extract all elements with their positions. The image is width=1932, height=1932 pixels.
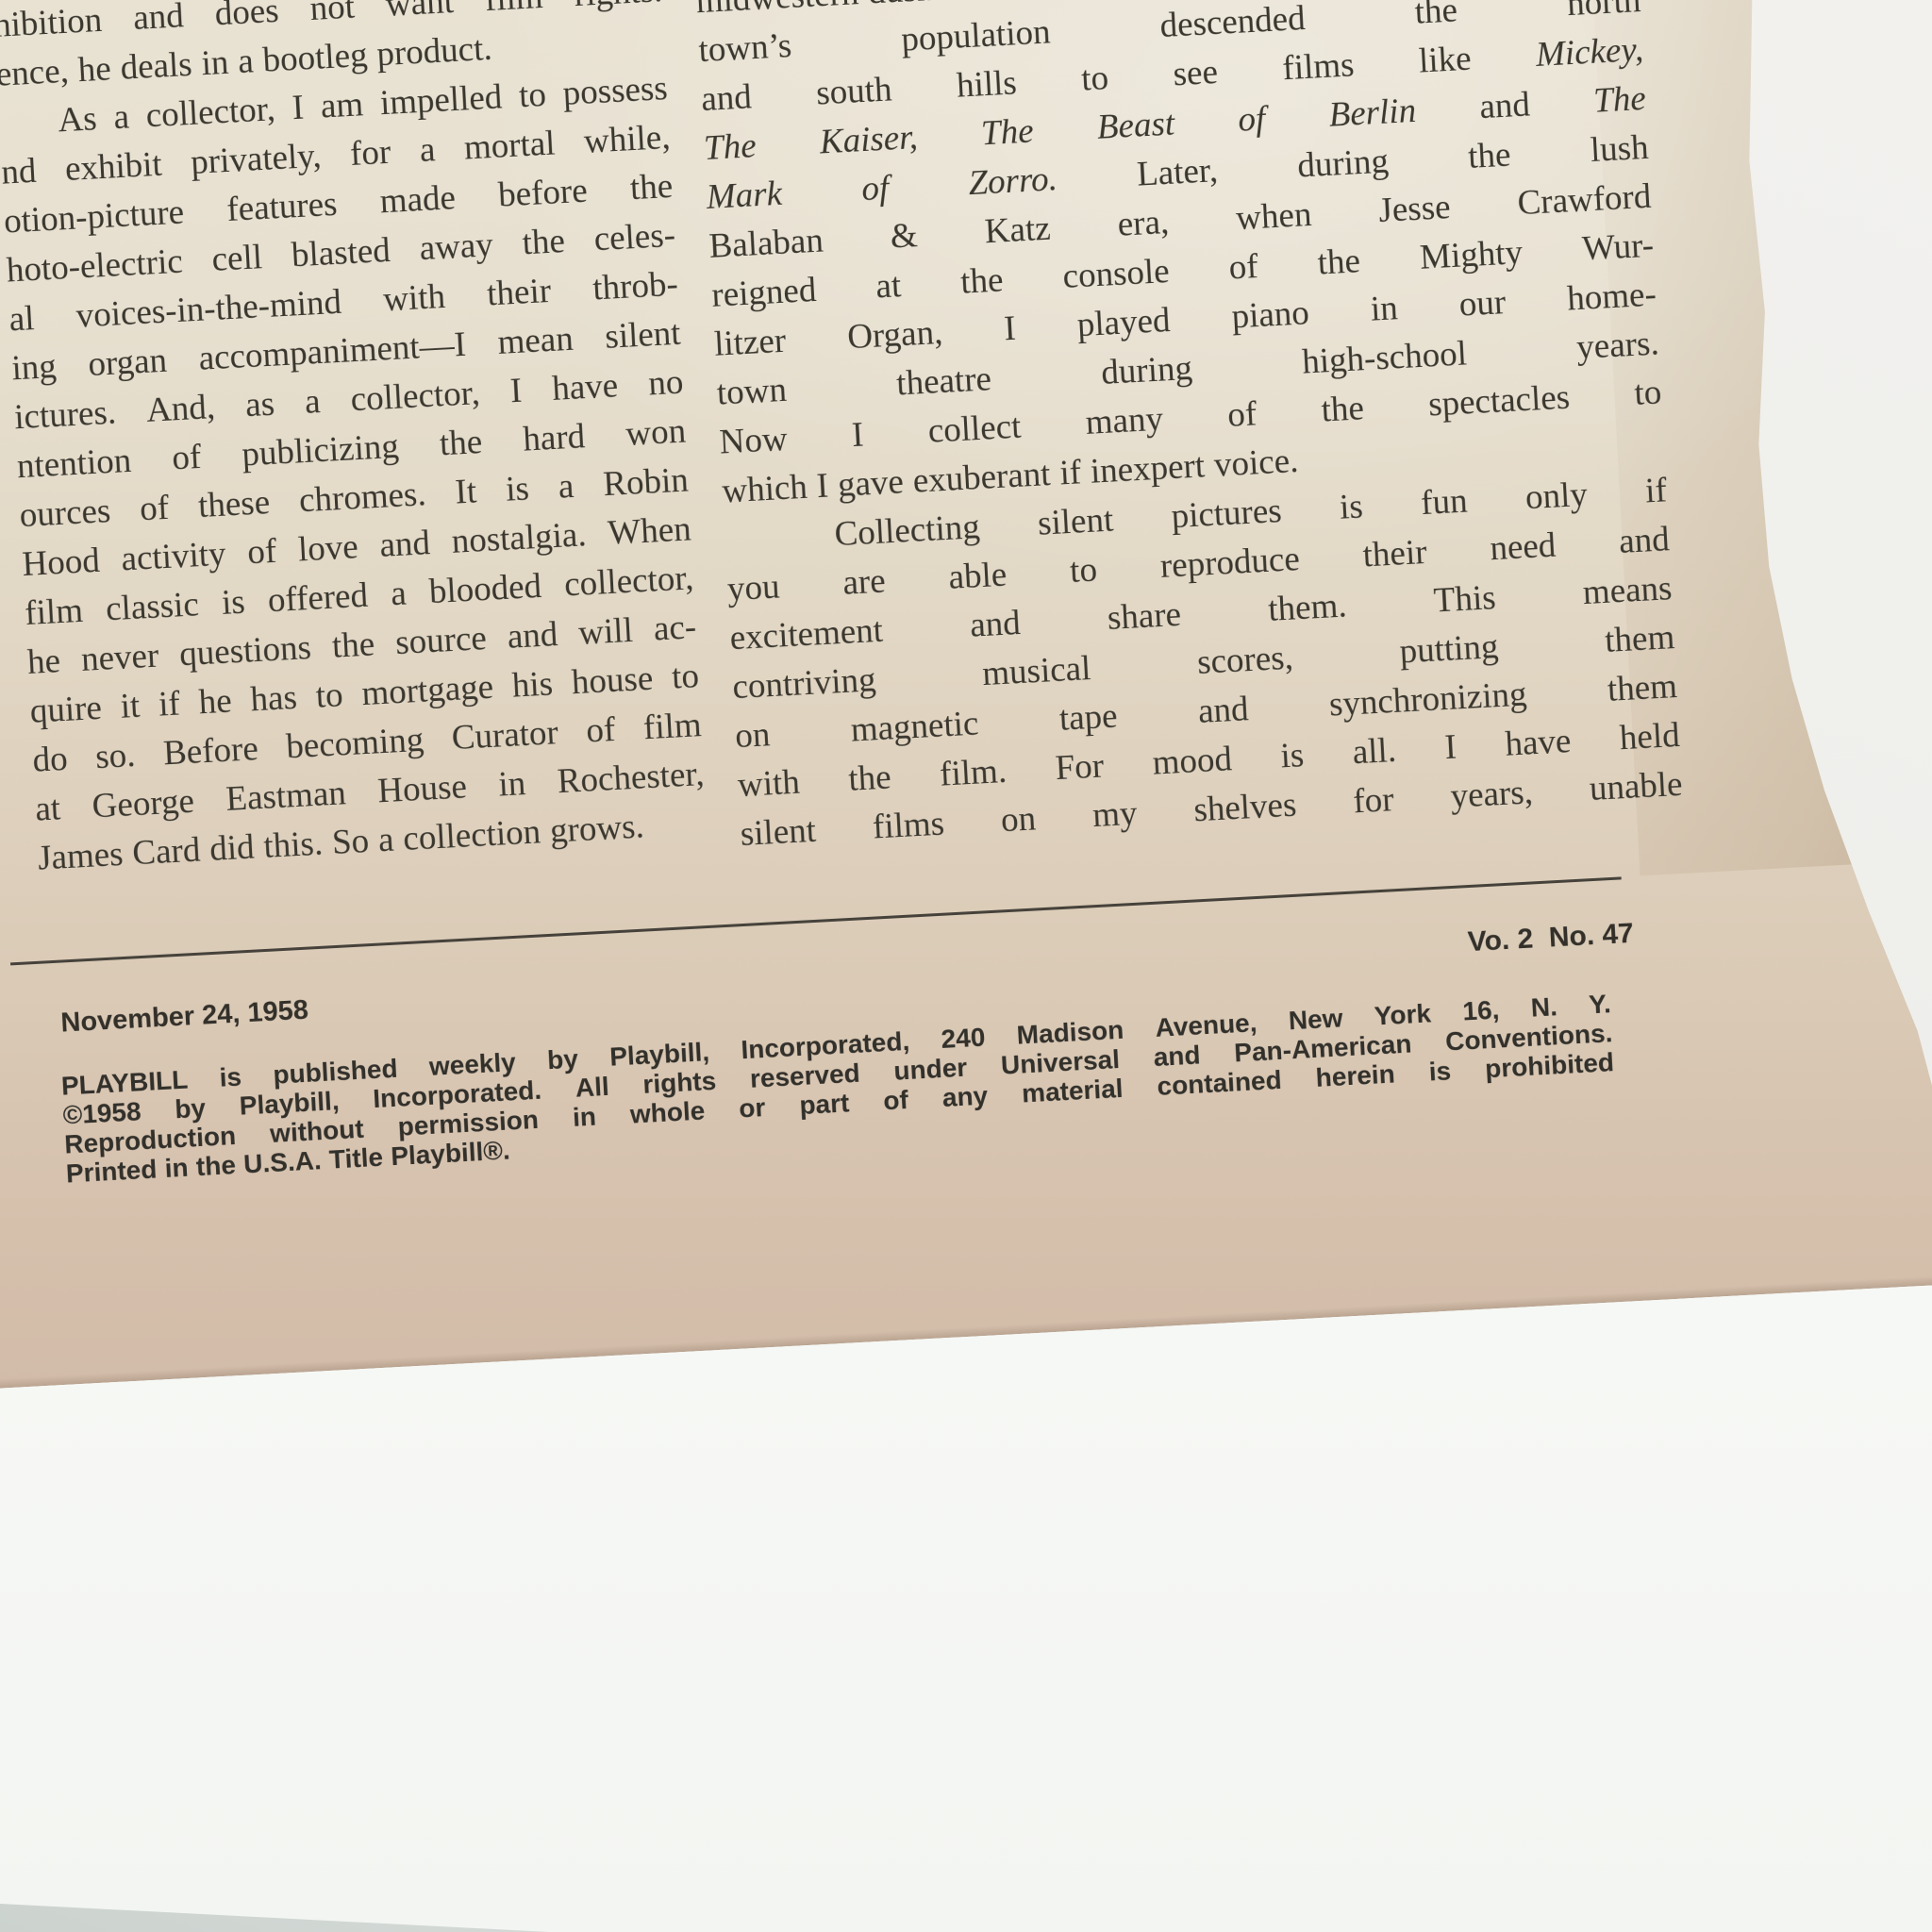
- word: film: [24, 587, 84, 639]
- word: Playbill®.: [390, 1136, 510, 1172]
- word: of: [860, 164, 891, 214]
- word: chromes.: [298, 470, 427, 525]
- word: or: [738, 1092, 766, 1123]
- word: during: [1100, 344, 1193, 398]
- word: ing: [10, 342, 58, 393]
- word: these: [197, 478, 272, 531]
- word: Katz: [983, 205, 1052, 258]
- word: in: [497, 759, 527, 809]
- word: collector,: [563, 554, 695, 609]
- word: town’s: [697, 22, 792, 75]
- word: Jesse: [1377, 183, 1452, 236]
- word: a: [112, 92, 130, 142]
- word: to: [671, 652, 701, 702]
- word: at: [874, 261, 902, 311]
- word: pictures: [1170, 487, 1283, 541]
- word: no: [647, 358, 685, 409]
- word: shelves: [1192, 781, 1298, 836]
- word: before: [497, 167, 589, 221]
- word: publicizing: [241, 423, 400, 480]
- word: era,: [1116, 198, 1170, 250]
- word: and: [1153, 1040, 1201, 1072]
- word: for: [1352, 775, 1395, 826]
- word: for: [349, 128, 392, 179]
- word: only: [1524, 471, 1589, 523]
- word: As: [57, 94, 98, 145]
- word: and: [506, 610, 558, 662]
- word: Card: [131, 826, 202, 879]
- word: when: [1235, 191, 1313, 243]
- word: throb-: [591, 260, 679, 314]
- word: collector,: [349, 369, 481, 425]
- word: Hood: [21, 537, 101, 590]
- word: are: [841, 557, 887, 608]
- word: and: [132, 0, 185, 43]
- word: at: [34, 784, 61, 834]
- word: spectacles: [1427, 374, 1572, 430]
- word: hibition: [0, 0, 103, 51]
- word: did: [208, 823, 256, 874]
- word: George: [91, 777, 195, 832]
- word: The: [1592, 75, 1647, 126]
- word: never: [80, 632, 160, 685]
- word: of: [883, 1085, 909, 1115]
- word: is: [1279, 731, 1305, 781]
- word: to: [1069, 546, 1099, 596]
- word: have: [551, 361, 620, 414]
- word: made: [378, 174, 457, 226]
- word: have: [1504, 717, 1573, 770]
- word: part: [799, 1088, 850, 1120]
- word: of: [1226, 390, 1258, 441]
- word: Curator: [450, 708, 559, 763]
- word: during: [1296, 137, 1390, 191]
- word: nd: [0, 147, 38, 198]
- word: on: [734, 710, 772, 761]
- word: by: [546, 1044, 578, 1075]
- word: their: [1361, 528, 1427, 581]
- word: south: [815, 65, 893, 118]
- playbill-magazine-page: hibitionanddoesnotwantfilmrights.ence,he…: [0, 0, 1932, 1394]
- word: Y.: [1588, 989, 1611, 1019]
- word: is: [505, 464, 530, 514]
- word: All: [575, 1072, 609, 1103]
- word: Eastman: [225, 769, 347, 824]
- word: mood: [1151, 735, 1233, 788]
- word: ©1958: [62, 1096, 142, 1129]
- word: Later,: [1136, 146, 1219, 199]
- word: This: [1432, 574, 1496, 625]
- word: am: [320, 80, 365, 131]
- word: away: [418, 221, 494, 274]
- word: ence,: [0, 47, 70, 100]
- text-column-left: hibitionanddoesnotwantfilmrights.ence,he…: [0, 0, 708, 884]
- word: activity: [120, 530, 227, 585]
- word: of: [139, 484, 171, 535]
- word: Balaban: [708, 216, 824, 271]
- word: silent: [1037, 496, 1115, 549]
- word: Mark: [706, 170, 784, 223]
- word: &: [890, 211, 920, 261]
- text-column-right: midwesternduskswhentown’spopulationdesce…: [694, 0, 1683, 859]
- word: the: [1316, 237, 1361, 288]
- word: collection: [402, 808, 541, 864]
- word: I: [1443, 724, 1457, 774]
- word: fun: [1420, 477, 1469, 529]
- word: becoming: [285, 716, 425, 773]
- word: Mickey,: [1535, 25, 1645, 80]
- word: films: [1281, 41, 1356, 93]
- word: classic: [105, 580, 200, 634]
- word: Title: [328, 1142, 384, 1174]
- word: James: [37, 830, 125, 884]
- word: offered: [267, 572, 370, 626]
- word: held: [1619, 711, 1681, 763]
- word: Rochester,: [556, 750, 705, 807]
- word: grows.: [549, 802, 645, 856]
- word: deals: [119, 41, 193, 93]
- word: Before: [162, 724, 259, 778]
- word: is: [1428, 1056, 1452, 1086]
- word: contriving: [731, 656, 877, 712]
- word: excitement: [728, 607, 884, 664]
- word: the: [195, 1150, 237, 1181]
- word: means: [1582, 564, 1674, 618]
- word: I: [1003, 305, 1017, 355]
- word: celes-: [592, 211, 676, 265]
- word: them.: [1267, 582, 1348, 635]
- word: Printed: [65, 1154, 158, 1188]
- word: mortal: [463, 119, 557, 173]
- word: you: [726, 562, 781, 614]
- word: For: [1054, 741, 1105, 793]
- word: a: [390, 570, 408, 620]
- word: able: [947, 551, 1008, 603]
- word: Organ,: [846, 308, 944, 362]
- word: won: [625, 408, 687, 459]
- word: and: [700, 73, 753, 125]
- word: gave: [837, 458, 906, 510]
- word: the: [847, 753, 892, 804]
- issue-date: November 24, 1958: [60, 994, 309, 1040]
- word: films: [872, 800, 946, 853]
- word: features: [225, 180, 339, 235]
- word: house: [571, 655, 655, 708]
- word: magnetic: [850, 699, 980, 755]
- word: north: [1566, 0, 1642, 29]
- word: of: [1237, 94, 1267, 144]
- word: the: [1467, 131, 1512, 182]
- word: is: [221, 578, 246, 628]
- word: does: [213, 0, 279, 39]
- word: exhibit: [64, 141, 163, 194]
- word: theatre: [895, 355, 992, 408]
- word: the: [439, 418, 484, 469]
- word: need: [1489, 522, 1557, 575]
- word: my: [1091, 790, 1139, 841]
- word: them: [1604, 613, 1676, 666]
- word: silent: [604, 309, 682, 362]
- word: hard: [522, 412, 586, 464]
- word: to: [1633, 368, 1663, 418]
- word: Beast: [1096, 100, 1176, 153]
- word: whole: [629, 1095, 706, 1128]
- word: many: [1084, 395, 1164, 448]
- word: ictures.: [13, 389, 117, 443]
- word: al: [8, 294, 35, 344]
- word: a: [304, 377, 322, 427]
- word: so.: [94, 731, 137, 782]
- photo-scene: hibitionanddoesnotwantfilmrights.ence,he…: [0, 0, 1932, 1932]
- word: the: [331, 620, 376, 671]
- word: in: [572, 1102, 597, 1132]
- word: if: [158, 679, 181, 729]
- word: this.: [262, 820, 324, 872]
- word: hills: [956, 58, 1018, 110]
- word: love: [297, 523, 359, 575]
- word: inexpert: [1090, 441, 1207, 496]
- word: And,: [145, 383, 217, 436]
- word: and: [1618, 515, 1671, 567]
- word: he: [197, 677, 233, 728]
- word: When: [607, 505, 692, 558]
- word: Berlin: [1327, 87, 1417, 141]
- word: bootleg: [261, 31, 369, 86]
- word: if: [1644, 466, 1668, 516]
- word: weekly: [428, 1047, 516, 1081]
- word: It: [454, 467, 477, 517]
- word: share: [1107, 591, 1183, 643]
- volume-issue-label: Vo. 2 No. 47: [1322, 917, 1634, 968]
- word: herein: [1315, 1058, 1396, 1091]
- word: ntention: [16, 437, 133, 491]
- word: on: [1000, 794, 1038, 845]
- word: Robin: [602, 456, 690, 509]
- word: the: [1413, 0, 1458, 38]
- word: U.S.A.: [242, 1145, 322, 1178]
- word: rights: [642, 1066, 717, 1099]
- word: impelled: [379, 73, 504, 128]
- word: I: [851, 411, 865, 461]
- word: like: [1418, 35, 1473, 87]
- word: film: [642, 701, 703, 753]
- word: a: [377, 816, 395, 866]
- word: So: [331, 817, 371, 868]
- word: nostalgia.: [450, 510, 587, 567]
- word: mean: [496, 315, 575, 368]
- word: the: [521, 217, 566, 268]
- word: his: [511, 659, 555, 710]
- word: high-school: [1301, 329, 1468, 387]
- word: quire: [28, 684, 103, 737]
- word: blooded: [428, 562, 543, 617]
- word: Mighty: [1419, 228, 1524, 283]
- word: it: [119, 682, 141, 732]
- word: see: [1172, 48, 1219, 99]
- word: scores,: [1196, 634, 1294, 688]
- word: of: [246, 527, 278, 578]
- paragraph-indent: [0, 132, 42, 134]
- word: mortgage: [360, 663, 494, 719]
- word: possess: [561, 64, 669, 119]
- word: I: [291, 84, 305, 134]
- word: a: [419, 125, 437, 175]
- word: in: [200, 39, 230, 89]
- word: organ: [87, 337, 168, 390]
- word: with: [382, 273, 446, 325]
- word: of: [585, 706, 617, 757]
- word: want: [385, 0, 456, 30]
- word: silent: [739, 807, 817, 859]
- word: Now: [718, 415, 789, 468]
- word: exuberant: [911, 450, 1051, 507]
- word: blasted: [291, 226, 391, 281]
- word: York: [1374, 998, 1432, 1030]
- word: under: [893, 1053, 968, 1086]
- word: the: [1320, 384, 1365, 435]
- word: to: [518, 71, 548, 121]
- word: in: [164, 1153, 190, 1183]
- word: and: [1197, 685, 1250, 737]
- word: all.: [1351, 726, 1397, 777]
- word: any: [941, 1080, 989, 1112]
- word: privately,: [190, 132, 323, 188]
- word: questions: [178, 624, 312, 679]
- word: Zorro.: [967, 155, 1058, 208]
- word: town: [716, 366, 789, 419]
- word: a: [237, 37, 255, 87]
- word: has: [249, 674, 298, 725]
- word: reigned: [710, 266, 818, 321]
- word: product.: [375, 25, 493, 79]
- word: unable: [1589, 760, 1684, 814]
- word: is: [219, 1062, 242, 1092]
- word: The: [703, 122, 758, 174]
- word: which: [721, 463, 808, 517]
- word: played: [1076, 296, 1172, 350]
- word: the: [629, 162, 675, 213]
- word: I: [815, 462, 829, 512]
- word: with: [737, 758, 801, 810]
- word: collect: [926, 403, 1022, 457]
- word: their: [486, 267, 552, 320]
- word: 240: [941, 1023, 986, 1054]
- word: do: [31, 735, 69, 786]
- word: the: [959, 256, 1005, 307]
- word: he: [76, 44, 112, 95]
- word: them: [1607, 662, 1679, 715]
- word: voice.: [1213, 437, 1300, 491]
- word: putting: [1398, 623, 1499, 677]
- word: 16,: [1462, 995, 1501, 1026]
- word: if: [1058, 448, 1082, 498]
- word: as: [244, 380, 276, 431]
- word: is: [1339, 482, 1364, 532]
- word: piano: [1230, 289, 1310, 341]
- word: by: [174, 1093, 206, 1124]
- word: years.: [1575, 320, 1660, 374]
- word: home-: [1566, 271, 1657, 325]
- word: of: [171, 433, 203, 484]
- word: The: [980, 107, 1035, 158]
- word: film: [484, 0, 544, 25]
- word: House: [376, 762, 468, 816]
- word: he: [26, 637, 62, 688]
- word: I: [508, 367, 523, 417]
- word: Crawford: [1516, 173, 1652, 228]
- word: while,: [583, 113, 672, 167]
- word: population: [900, 8, 1052, 64]
- word: years,: [1449, 768, 1534, 822]
- word: synchronizing: [1328, 670, 1528, 729]
- word: ources: [18, 487, 111, 541]
- word: ac-: [653, 603, 698, 654]
- word: and: [969, 599, 1022, 651]
- word: not: [308, 0, 356, 34]
- word: in: [1370, 284, 1400, 334]
- word: collector,: [144, 85, 276, 141]
- word: will: [577, 607, 634, 658]
- word: console: [1061, 247, 1171, 302]
- word: Wur-: [1581, 222, 1656, 275]
- word: to: [1080, 54, 1110, 104]
- word: tape: [1058, 692, 1119, 744]
- word: descended: [1158, 0, 1307, 51]
- word: source: [394, 614, 488, 668]
- word: reproduce: [1159, 535, 1301, 591]
- word: and: [1478, 80, 1531, 132]
- word: our: [1457, 278, 1507, 330]
- word: to: [314, 671, 344, 721]
- paragraph-indent: [725, 549, 777, 552]
- word: New: [1288, 1003, 1343, 1035]
- word: and: [378, 519, 431, 571]
- word: cell: [210, 233, 263, 285]
- word: lush: [1590, 124, 1650, 175]
- word: film.: [939, 747, 1008, 800]
- word: musical: [981, 644, 1092, 699]
- word: Kaiser,: [819, 113, 919, 167]
- word: litzer: [713, 317, 788, 370]
- word: of: [1227, 242, 1259, 293]
- word: material: [1021, 1074, 1124, 1108]
- word: Collecting: [833, 503, 981, 559]
- word: N.: [1530, 991, 1558, 1022]
- word: a: [558, 462, 575, 512]
